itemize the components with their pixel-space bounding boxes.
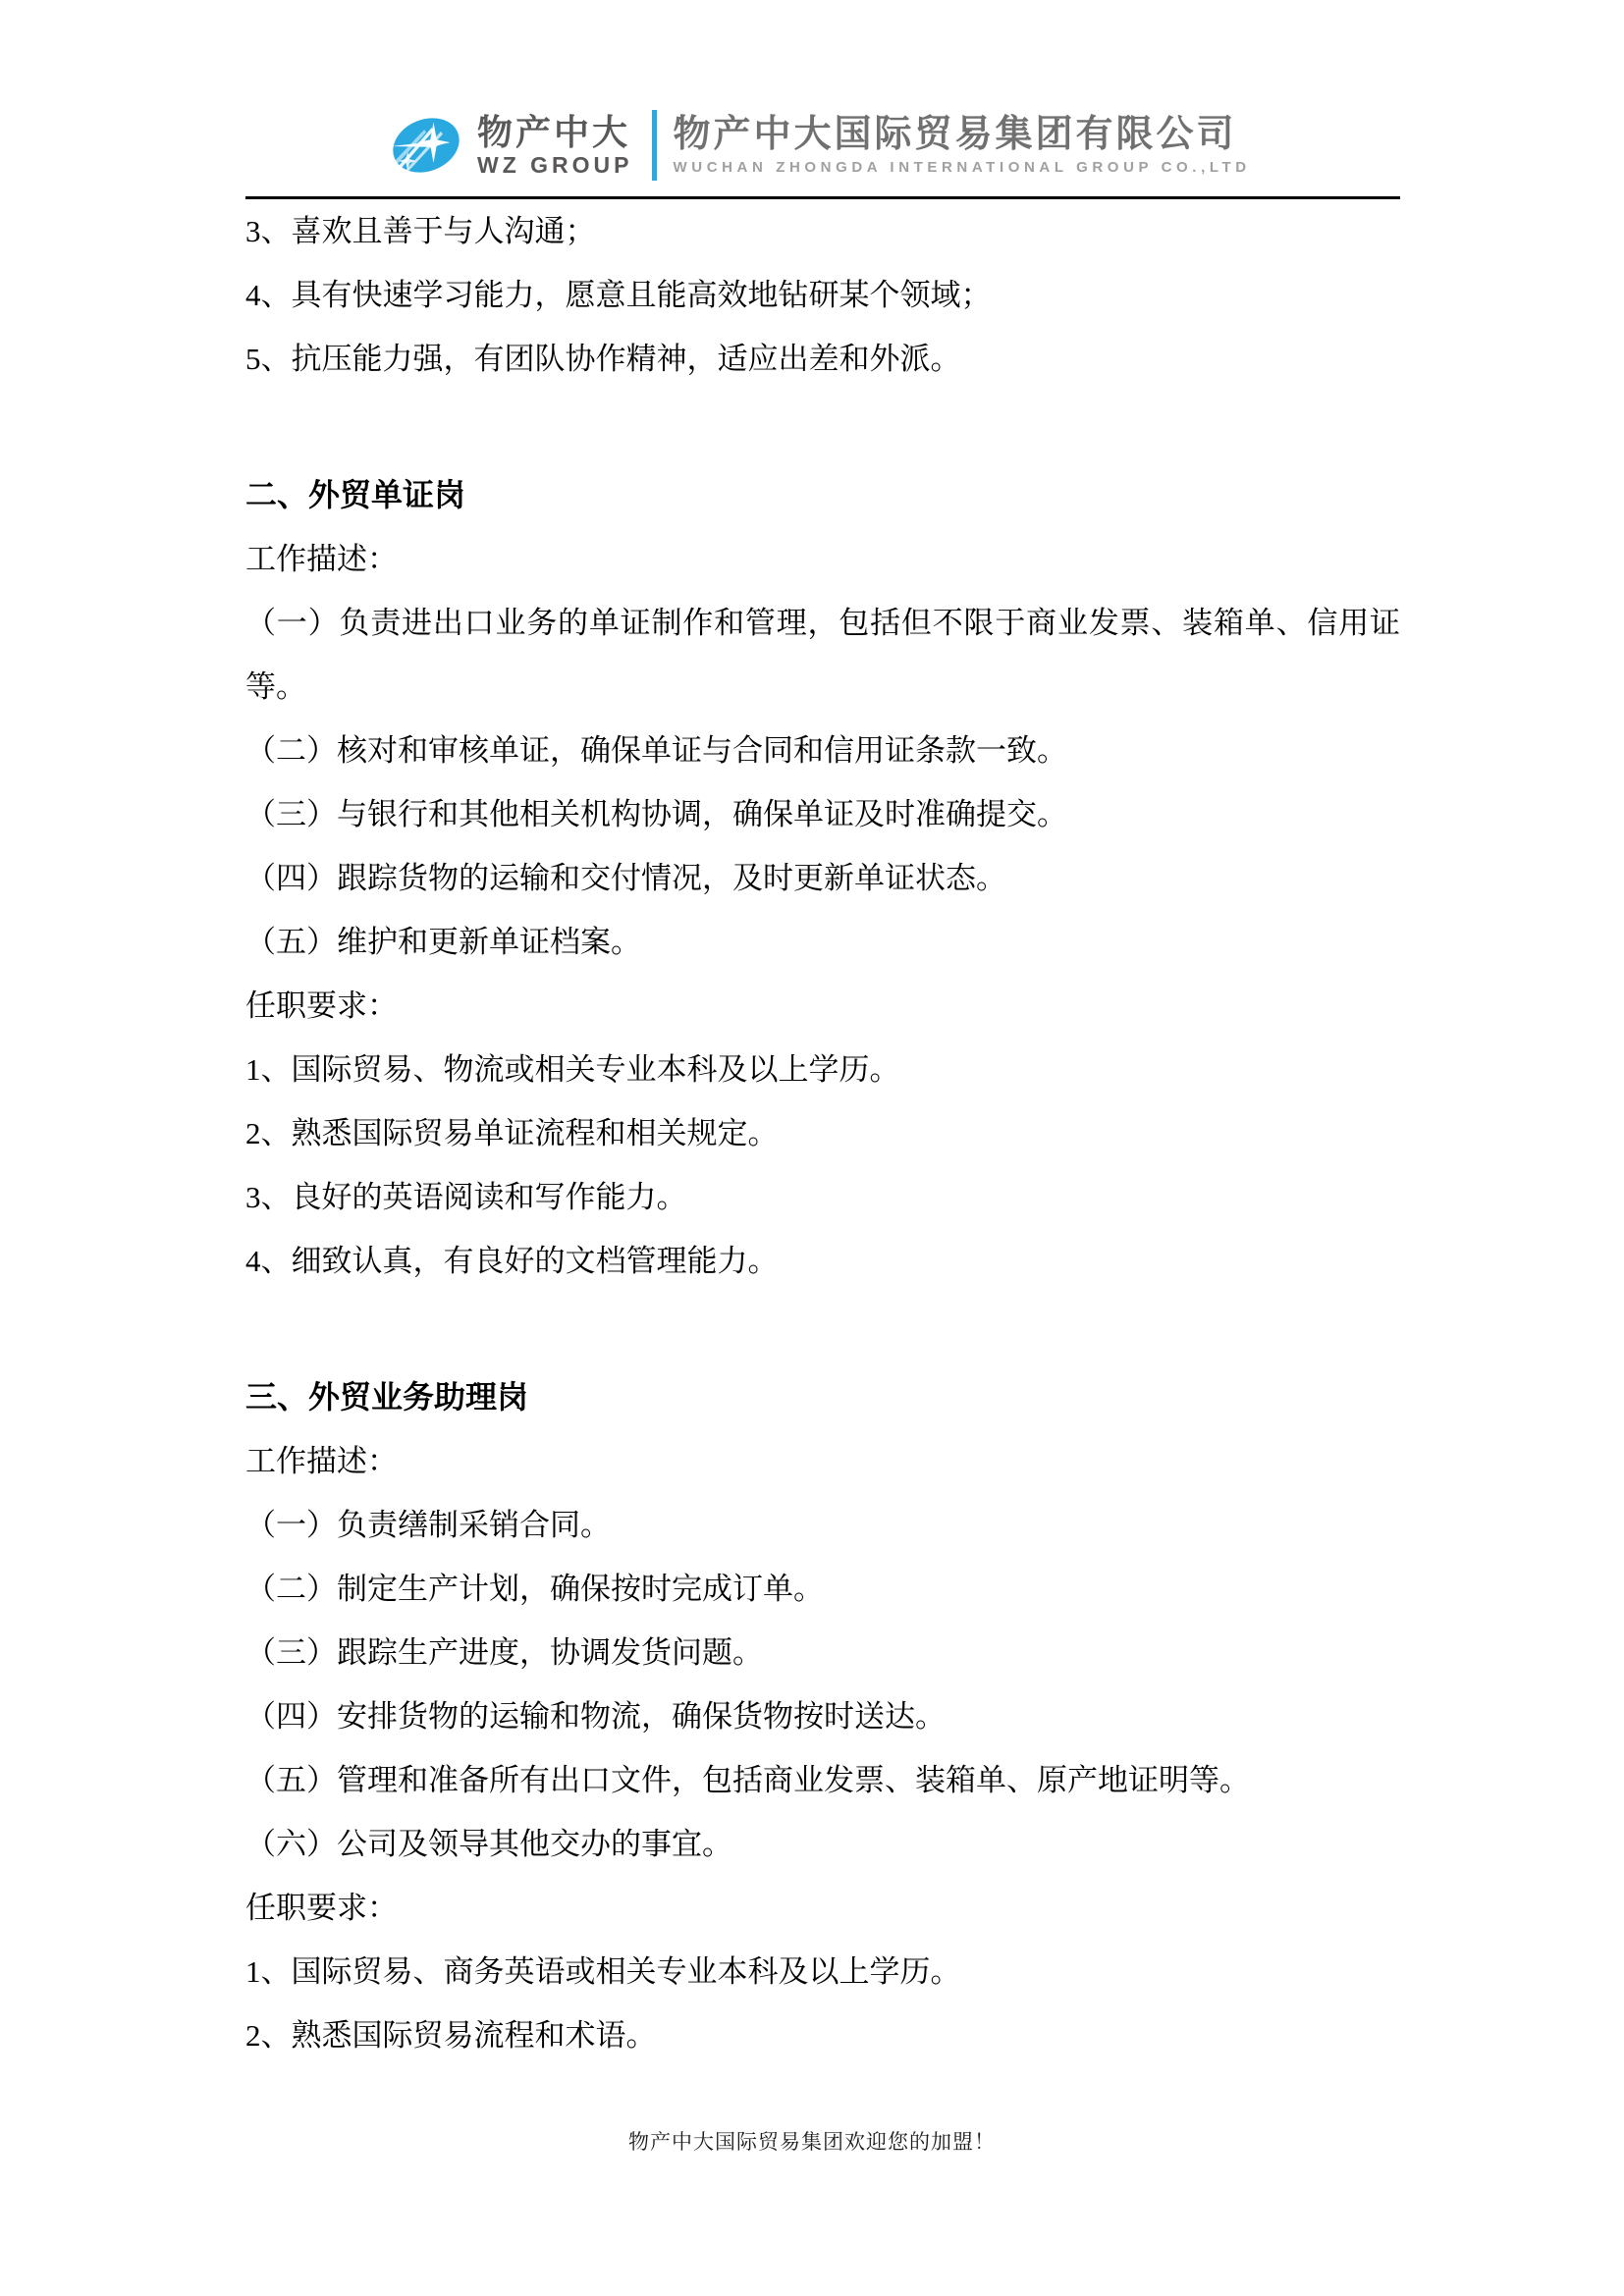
logo-brand-cn: 物产中大 xyxy=(477,115,630,150)
paragraph: 4、具有快速学习能力，愿意且能高效地钻研某个领域； xyxy=(245,263,1400,327)
paragraph: 1、国际贸易、物流或相关专业本科及以上学历。 xyxy=(245,1038,1400,1101)
paragraph: （三）跟踪生产进度，协调发货问题。 xyxy=(245,1621,1400,1684)
paragraph: （四）跟踪货物的运输和交付情况，及时更新单证状态。 xyxy=(245,846,1400,910)
paragraph: 3、良好的英语阅读和写作能力。 xyxy=(245,1165,1400,1229)
paragraph: 任职要求： xyxy=(245,1876,1400,1940)
section-foreign-trade-assistant: 三、外贸业务助理岗 工作描述：（一）负责缮制采销合同。（二）制定生产计划，确保按… xyxy=(245,1365,1400,2067)
paragraph: 1、国际贸易、商务英语或相关专业本科及以上学历。 xyxy=(245,1940,1400,2003)
intro-requirements-list: 3、喜欢且善于与人沟通；4、具有快速学习能力，愿意且能高效地钻研某个领域；5、抗… xyxy=(245,199,1400,391)
company-name-cn: 物产中大国际贸易集团有限公司 xyxy=(674,115,1251,154)
document-page: 物产中大 WZ GROUP 物产中大国际贸易集团有限公司 WUCHAN ZHON… xyxy=(0,0,1624,2296)
paragraph: 工作描述： xyxy=(245,1429,1400,1493)
logo-brand-en: WZ GROUP xyxy=(477,153,633,177)
paragraph: 工作描述： xyxy=(245,527,1400,591)
paragraph: （一）负责缮制采销合同。 xyxy=(245,1493,1400,1557)
document-footer: 物产中大国际贸易集团欢迎您的加盟！ xyxy=(0,2126,1624,2158)
paragraph: （二）核对和审核单证，确保单证与合同和信用证条款一致。 xyxy=(245,719,1400,782)
company-name-en: WUCHAN ZHONGDA INTERNATIONAL GROUP CO.,L… xyxy=(674,160,1251,176)
paragraph: （一）负责进出口业务的单证制作和管理，包括但不限于商业发票、装箱单、信用证等。 xyxy=(245,591,1400,719)
company-name-block: 物产中大国际贸易集团有限公司 WUCHAN ZHONGDA INTERNATIO… xyxy=(674,115,1251,176)
paragraph: 4、细致认真，有良好的文档管理能力。 xyxy=(245,1229,1400,1293)
section-title: 二、外贸单证岗 xyxy=(245,463,1400,527)
logo-mark-icon xyxy=(389,115,463,176)
section-paragraphs: 工作描述：（一）负责缮制采销合同。（二）制定生产计划，确保按时完成订单。（三）跟… xyxy=(245,1429,1400,2067)
paragraph: （二）制定生产计划，确保按时完成订单。 xyxy=(245,1557,1400,1621)
section-title: 三、外贸业务助理岗 xyxy=(245,1365,1400,1429)
section-paragraphs: 工作描述：（一）负责进出口业务的单证制作和管理，包括但不限于商业发票、装箱单、信… xyxy=(245,527,1400,1293)
logo-divider xyxy=(652,110,657,181)
paragraph: （五）维护和更新单证档案。 xyxy=(245,910,1400,974)
paragraph: 3、喜欢且善于与人沟通； xyxy=(245,199,1400,263)
paragraph: 任职要求： xyxy=(245,974,1400,1038)
paragraph: 2、熟悉国际贸易流程和术语。 xyxy=(245,2003,1400,2067)
paragraph: （六）公司及领导其他交办的事宜。 xyxy=(245,1812,1400,1876)
footer-slogan: 物产中大国际贸易集团欢迎您的加盟！ xyxy=(628,2126,996,2158)
logo-brand-block: 物产中大 WZ GROUP xyxy=(477,115,633,177)
paragraph: （四）安排货物的运输和物流，确保货物按时送达。 xyxy=(245,1684,1400,1748)
paragraph: 2、熟悉国际贸易单证流程和相关规定。 xyxy=(245,1101,1400,1165)
document-body: 3、喜欢且善于与人沟通；4、具有快速学习能力，愿意且能高效地钻研某个领域；5、抗… xyxy=(245,199,1400,2067)
paragraph: 5、抗压能力强，有团队协作精神，适应出差和外派。 xyxy=(245,327,1400,391)
section-foreign-trade-documentation: 二、外贸单证岗 工作描述：（一）负责进出口业务的单证制作和管理，包括但不限于商业… xyxy=(245,463,1400,1293)
paragraph: （五）管理和准备所有出口文件，包括商业发票、装箱单、原产地证明等。 xyxy=(245,1748,1400,1812)
letterhead: 物产中大 WZ GROUP 物产中大国际贸易集团有限公司 WUCHAN ZHON… xyxy=(389,110,1251,181)
paragraph: （三）与银行和其他相关机构协调，确保单证及时准确提交。 xyxy=(245,782,1400,846)
